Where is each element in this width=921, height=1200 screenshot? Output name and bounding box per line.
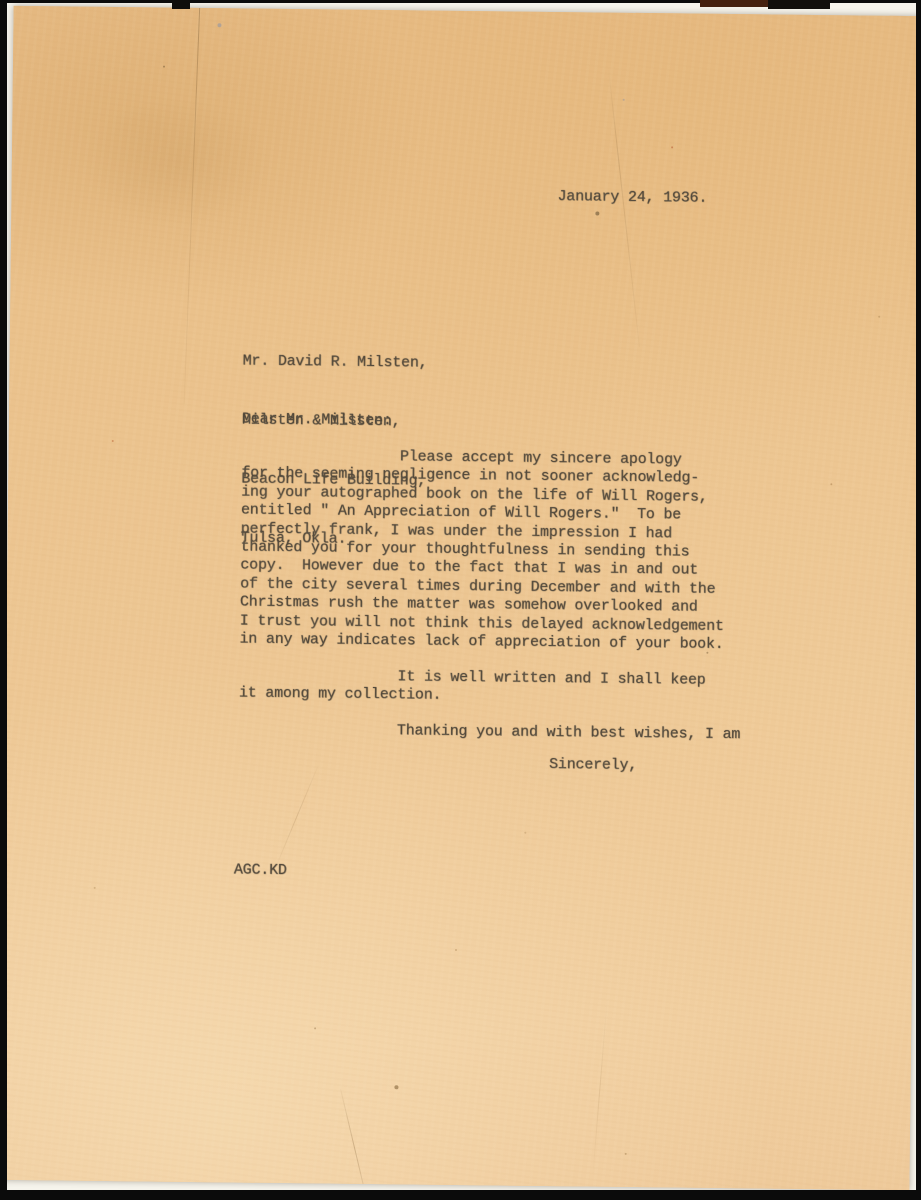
scan-border-frame: January 24, 1936. Mr. David R. Milsten, … bbox=[0, 0, 921, 1200]
signoff: Sincerely, bbox=[549, 756, 637, 775]
letter-paper: January 24, 1936. Mr. David R. Milsten, … bbox=[7, 6, 916, 1190]
crease-mark bbox=[184, 6, 201, 404]
body-paragraph-2: It is well written and I shall keep it a… bbox=[239, 666, 706, 708]
crease-mark bbox=[275, 765, 318, 867]
top-edge-stain bbox=[700, 0, 770, 7]
closing-line: Thanking you and with best wishes, I am bbox=[238, 720, 740, 744]
body-paragraph-1: Please accept my sincere apology for the… bbox=[239, 446, 725, 654]
top-edge-notch bbox=[172, 0, 190, 9]
letter-date: January 24, 1936. bbox=[557, 188, 707, 208]
crease-mark bbox=[608, 69, 640, 347]
salutation: Dear Mr. Milsten: bbox=[242, 410, 392, 430]
address-line: Mr. David R. Milsten, bbox=[243, 352, 428, 374]
scanner-bed: January 24, 1936. Mr. David R. Milsten, … bbox=[7, 3, 916, 1190]
crease-mark bbox=[592, 998, 608, 1177]
typist-initials: AGC.KD bbox=[234, 861, 287, 880]
paper-stain bbox=[81, 97, 272, 229]
crease-mark bbox=[340, 1089, 366, 1190]
paper-specks bbox=[14, 6, 16, 8]
top-edge-notch bbox=[768, 0, 830, 9]
